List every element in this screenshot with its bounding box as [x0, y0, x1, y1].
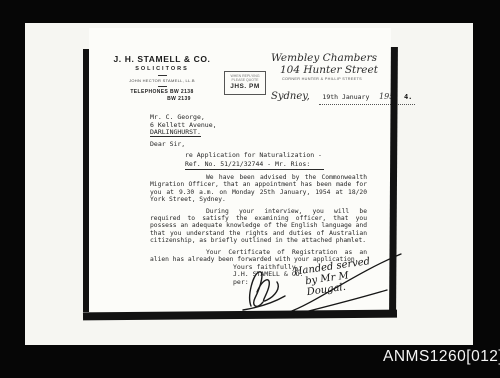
letterhead-divider [158, 86, 167, 87]
office-address-block: Wembley Chambers 104 Hunter Street CORNE… [271, 52, 396, 103]
firm-type: SOLICITORS [101, 66, 223, 72]
telephone-numbers: TELEPHONES BW 2138 BW 2139 [101, 89, 223, 102]
date-typed: 19th January [322, 93, 369, 101]
firm-name: J. H. STAMELL & CO. [101, 54, 223, 64]
recipient-suburb: DARLINGHURST. [150, 129, 217, 137]
letterhead: J. H. STAMELL & CO. SOLICITORS JOHN HECT… [101, 54, 223, 102]
recipient-address: Mr. C. George, 6 Kellett Avenue, DARLING… [150, 114, 217, 137]
stamp-text-line2: PLEASE QUOTE [225, 78, 265, 82]
principal-name: JOHN HECTOR STAMELL, LL.B [101, 78, 223, 83]
reply-quote-stamp: WHEN REPLYING PLEASE QUOTE JHS. PM [224, 71, 266, 95]
letterhead-divider [158, 75, 167, 76]
archive-reference-label: ANMS1260[012] [383, 348, 500, 366]
letter-paper: J. H. STAMELL & CO. SOLICITORS JOHN HECT… [89, 28, 391, 312]
paper-left-edge [83, 49, 89, 312]
paragraph-1: We have been advised by the Commonwealth… [150, 174, 367, 204]
date-line: Sydney, 19th January 195 4. [271, 84, 396, 103]
pen-flourish-icon [287, 250, 405, 316]
scanned-letter-photo: J. H. STAMELL & CO. SOLICITORS JOHN HECT… [0, 0, 500, 378]
subject-line-1: re Application for Naturalization - [185, 151, 324, 160]
subject-line-2: Ref. No. 51/21/32744 - Mr. Rios: [185, 160, 324, 171]
paragraph-2: During your interview, you will be requi… [150, 208, 367, 245]
office-city: Sydney, [271, 91, 310, 102]
stamp-initials: JHS. PM [225, 83, 265, 90]
phone-line-2: BW 2139 [135, 96, 223, 103]
signature-icon [237, 268, 289, 314]
office-building: Wembley Chambers [271, 52, 396, 64]
year-handwritten: 4. [404, 93, 412, 101]
salutation: Dear Sir, [150, 141, 185, 149]
office-corner-note: CORNER HUNTER & PHILLIP STREETS [282, 77, 396, 81]
date-value: 19th January 195 4. [319, 84, 415, 105]
subject-block: re Application for Naturalization - Ref.… [185, 151, 324, 170]
office-street: 104 Hunter Street [280, 64, 396, 76]
